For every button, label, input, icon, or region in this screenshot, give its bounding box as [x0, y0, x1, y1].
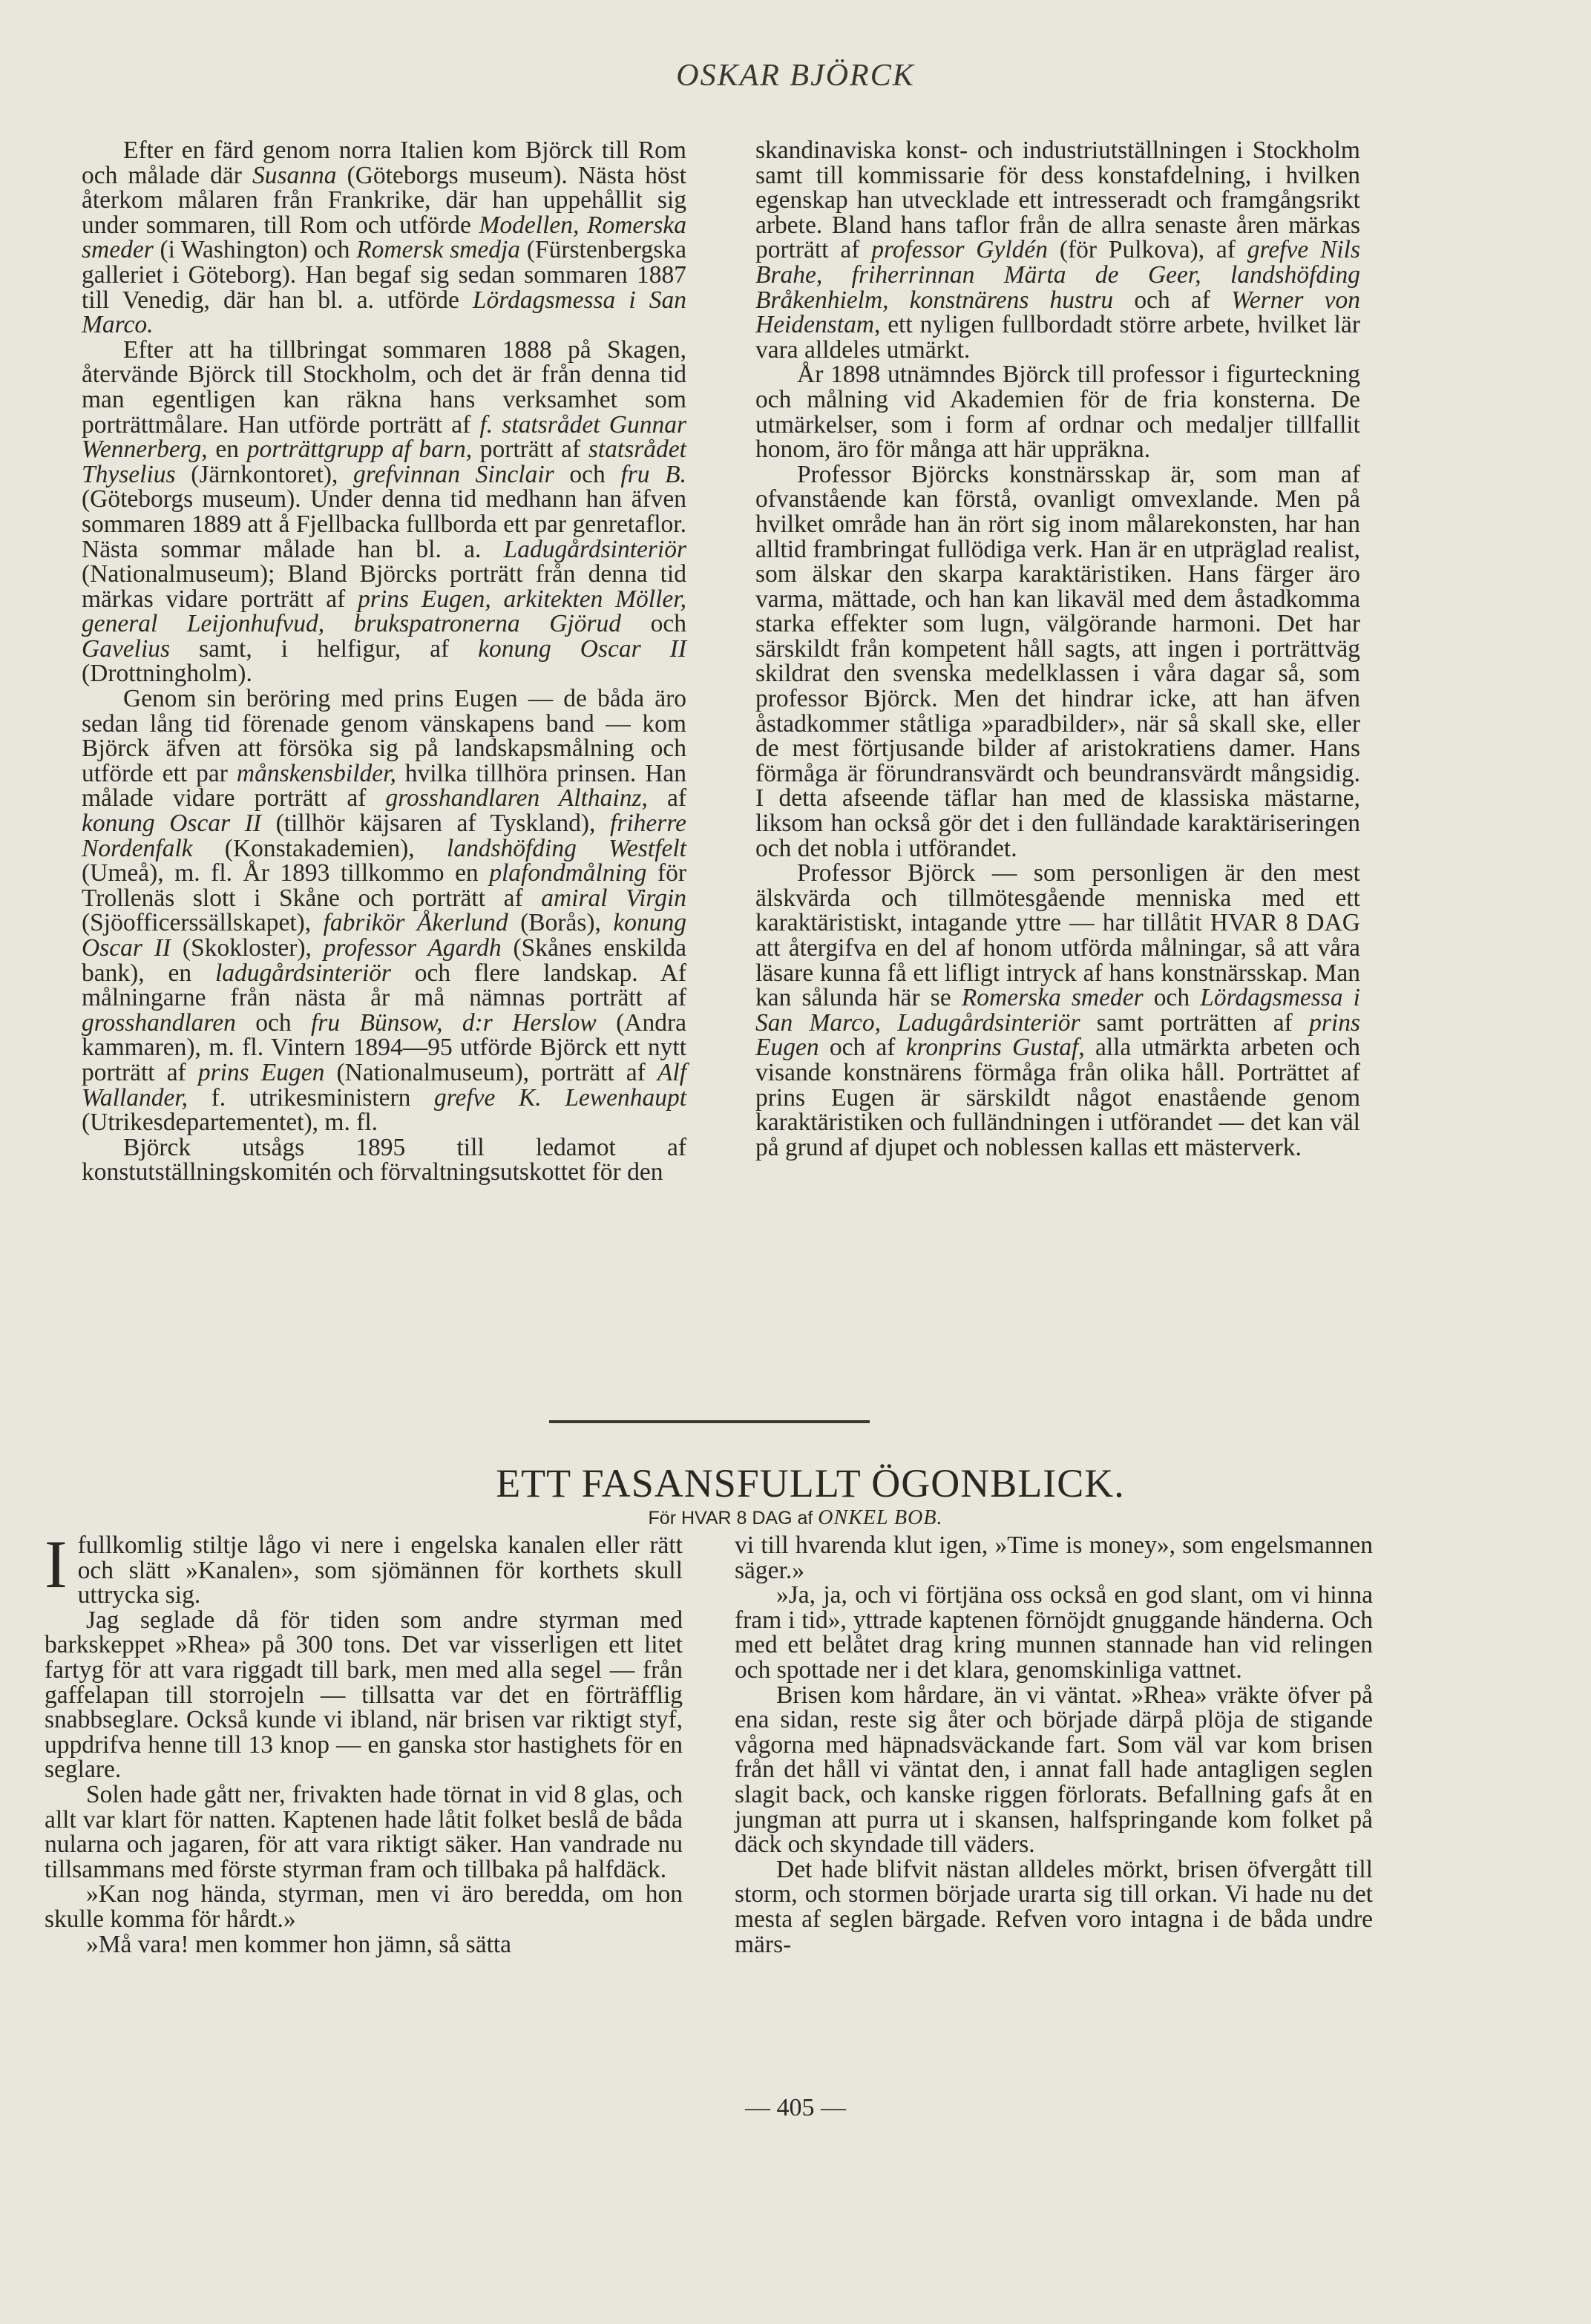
- italic-title-text: porträttgrupp af barn,: [247, 436, 472, 463]
- section-divider: [549, 1420, 870, 1423]
- body-text: (Järnkontoret),: [176, 461, 353, 488]
- body-text: Det hade blifvit nästan alldeles mörkt, …: [735, 1856, 1373, 1958]
- paragraph: Det hade blifvit nästan alldeles mörkt, …: [735, 1857, 1373, 1957]
- article2-title: ETT FASANSFULLT ÖGONBLICK.: [0, 1460, 1591, 1506]
- body-text: (Borås),: [508, 909, 614, 936]
- body-text: Brisen kom hårdare, än vi väntat. »Rhea»…: [735, 1681, 1373, 1859]
- body-text: Jag seglade då för tiden som andre styrm…: [45, 1606, 683, 1784]
- body-text: och: [621, 610, 686, 637]
- body-text: porträtt af: [472, 436, 588, 463]
- article2-left-column: Ifullkomlig stiltje lågo vi nere i engel…: [45, 1533, 683, 1957]
- paragraph: Jag seglade då för tiden som andre styrm…: [45, 1608, 683, 1782]
- drop-cap: I: [45, 1536, 68, 1591]
- byline-prefix: För HVAR 8 DAG af: [649, 1508, 819, 1529]
- body-text: samt porträtten af: [1080, 1009, 1310, 1037]
- article2-byline: För HVAR 8 DAG af ONKEL BOB.: [0, 1506, 1591, 1530]
- body-text: (Sjöofficerssällskapet),: [82, 909, 324, 936]
- running-head: OSKAR BJÖRCK: [0, 58, 1591, 93]
- italic-title-text: månskensbilder,: [237, 760, 396, 787]
- byline-author: ONKEL BOB.: [818, 1506, 942, 1529]
- italic-title-text: Ladugårdsinteriör: [504, 536, 686, 563]
- body-text: fullkomlig stiltje lågo vi nere i engels…: [78, 1532, 683, 1609]
- paragraph: Professor Björcks konstnärsskap är, som …: [755, 462, 1360, 861]
- body-text: (Konstakademien),: [193, 835, 447, 862]
- italic-title-text: plafondmålning: [489, 859, 646, 887]
- italic-title-text: fru Bünsow, d:r Herslow: [311, 1009, 597, 1037]
- body-text: och: [1144, 984, 1201, 1011]
- paragraph: Ifullkomlig stiltje lågo vi nere i engel…: [45, 1533, 683, 1608]
- italic-title-text: landshöfding Westfelt: [447, 835, 686, 862]
- body-text: och: [554, 461, 621, 488]
- italic-title-text: Susanna: [252, 162, 337, 189]
- body-text: (Umeå), m. fl. År 1893 tillkommo en: [82, 859, 489, 887]
- body-text: , en: [201, 436, 246, 463]
- body-text: samt, i helfigur, af: [170, 635, 478, 663]
- paragraph: Björck utsågs 1895 till ledamot af konst…: [82, 1135, 686, 1185]
- body-text: af: [648, 784, 686, 812]
- body-text: (i Washington) och: [154, 236, 356, 263]
- body-text: och: [236, 1009, 311, 1037]
- italic-title-text: Romerska smeder: [962, 984, 1144, 1011]
- italic-title-text: konung Oscar II: [478, 635, 686, 663]
- italic-title-text: fru B.: [620, 461, 686, 488]
- italic-title-text: konung Oscar II: [82, 810, 261, 837]
- italic-title-text: grefve K. Lewenhaupt: [434, 1084, 686, 1112]
- body-text: vi till hvarenda klut igen, »Time is mon…: [735, 1532, 1373, 1584]
- body-text: År 1898 utnämndes Björck till professor …: [755, 361, 1360, 463]
- body-text: »Må vara! men kommer hon jämn, så sätta: [86, 1931, 511, 1958]
- paragraph: Professor Björck — som personligen är de…: [755, 861, 1360, 1160]
- italic-title-text: professor Gyldén: [871, 236, 1048, 263]
- body-text: (Drottningholm).: [82, 660, 252, 687]
- paragraph: Genom sin beröring med prins Eugen — de …: [82, 686, 686, 1135]
- body-text: Professor Björcks konstnärsskap är, som …: [755, 461, 1360, 862]
- italic-title-text: ladugårdsinteriör: [215, 959, 391, 987]
- paragraph: Efter att ha tillbringat sommaren 1888 p…: [82, 338, 686, 686]
- paragraph: Brisen kom hårdare, än vi väntat. »Rhea»…: [735, 1683, 1373, 1857]
- magazine-page: OSKAR BJÖRCK Efter en färd genom norra I…: [0, 0, 1591, 2324]
- paragraph: »Må vara! men kommer hon jämn, så sätta: [45, 1932, 683, 1957]
- article1-left-column: Efter en färd genom norra Italien kom Bj…: [82, 138, 686, 1185]
- paragraph: Efter en färd genom norra Italien kom Bj…: [82, 138, 686, 338]
- italic-title-text: kronprins Gustaf: [906, 1034, 1079, 1061]
- body-text: Björck utsågs 1895 till ledamot af konst…: [82, 1134, 686, 1186]
- paragraph: År 1898 utnämndes Björck till professor …: [755, 362, 1360, 462]
- body-text: (Nationalmuseum), porträtt af: [324, 1059, 657, 1086]
- paragraph: skandinaviska konst- och industriutställ…: [755, 138, 1360, 362]
- body-text: f. utrikesministern: [188, 1084, 434, 1112]
- body-text: (Skokloster),: [171, 934, 324, 962]
- italic-title-text: grefvinnan Sinclair: [353, 461, 554, 488]
- body-text: »Kan nog hända, styrman, men vi äro bere…: [45, 1880, 683, 1933]
- body-text: (för Pulkova), af: [1048, 236, 1247, 263]
- body-text: och af: [819, 1034, 906, 1061]
- body-text: »Ja, ja, och vi förtjäna oss också en go…: [735, 1581, 1373, 1684]
- italic-title-text: prins Eugen: [198, 1059, 325, 1086]
- italic-title-text: professor Agardh: [324, 934, 502, 962]
- italic-title-text: Romersk smedja: [356, 236, 520, 263]
- italic-title-text: amiral Virgin: [541, 884, 686, 912]
- italic-title-text: grosshandlaren Althainz,: [385, 784, 647, 812]
- italic-title-text: fabrikör Åkerlund: [324, 909, 508, 936]
- paragraph: »Kan nog hända, styrman, men vi äro bere…: [45, 1882, 683, 1931]
- paragraph: »Ja, ja, och vi förtjäna oss också en go…: [735, 1583, 1373, 1682]
- body-text: och af: [1113, 286, 1231, 314]
- body-text: Solen hade gått ner, frivakten hade törn…: [45, 1781, 683, 1883]
- italic-title-text: grosshandlaren: [82, 1009, 236, 1037]
- page-number: — 405 —: [0, 2094, 1591, 2122]
- body-text: (Utrikesdepartementet), m. fl.: [82, 1109, 378, 1136]
- italic-title-text: Gavelius: [82, 635, 170, 663]
- article2-right-column: vi till hvarenda klut igen, »Time is mon…: [735, 1533, 1373, 1957]
- paragraph: vi till hvarenda klut igen, »Time is mon…: [735, 1533, 1373, 1583]
- paragraph: Solen hade gått ner, frivakten hade törn…: [45, 1782, 683, 1882]
- body-text: (tillhör käjsaren af Tyskland),: [261, 810, 610, 837]
- article1-right-column: skandinaviska konst- och industriutställ…: [755, 138, 1360, 1160]
